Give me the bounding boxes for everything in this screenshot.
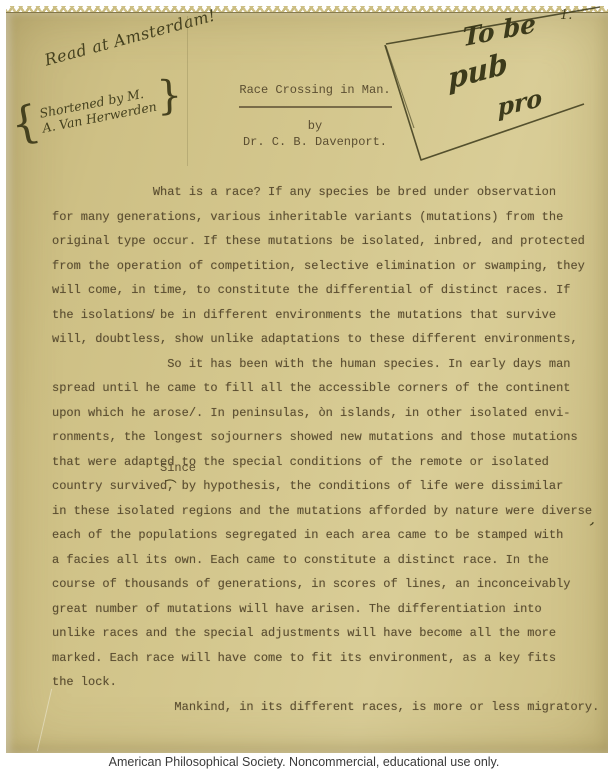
byline: by bbox=[230, 119, 400, 133]
typed-line: course of thousands of generations, in s… bbox=[52, 572, 599, 597]
scanned-document-page: { "document": { "page_number": "1.", "ti… bbox=[0, 0, 608, 772]
typed-line: So it has been with the human species. I… bbox=[52, 352, 599, 377]
typed-body-text: What is a race? If any species be bred u… bbox=[52, 180, 599, 719]
typed-line: great number of mutations will have aris… bbox=[52, 597, 599, 622]
page-number: 1. bbox=[560, 8, 572, 23]
typed-line: a facies all its own. Each came to const… bbox=[52, 548, 599, 573]
typed-insertion-since: Since bbox=[160, 461, 196, 475]
typed-line: country survived, by hypothesis, the con… bbox=[52, 474, 599, 499]
typed-line: from the operation of competition, selec… bbox=[52, 254, 599, 279]
typed-line: will, doubtless, show unlike adaptations… bbox=[52, 327, 599, 352]
brace-close: } bbox=[156, 77, 183, 114]
paper-crease bbox=[187, 16, 188, 166]
typed-line: each of the populations segregated in ea… bbox=[52, 523, 599, 548]
typed-line: What is a race? If any species be bred u… bbox=[52, 180, 599, 205]
typed-line: that were adapted to the special conditi… bbox=[52, 450, 599, 475]
credit-footer: American Philosophical Society. Noncomme… bbox=[0, 753, 608, 772]
document-title: Race Crossing in Man. bbox=[230, 83, 400, 97]
typed-line: unlike races and the special adjustments… bbox=[52, 621, 599, 646]
typed-line: in these isolated regions and the mutati… bbox=[52, 499, 599, 524]
typed-line: spread until he came to fill all the acc… bbox=[52, 376, 599, 401]
typed-line: will come, in time, to constitute the di… bbox=[52, 278, 599, 303]
title-underline bbox=[239, 106, 392, 108]
author-name: Dr. C. B. Davenport. bbox=[230, 135, 400, 149]
typed-line: original type occur. If these mutations … bbox=[52, 229, 599, 254]
typed-line: the isolations̸ be in different environm… bbox=[52, 303, 599, 328]
title-block: Race Crossing in Man. by Dr. C. B. Daven… bbox=[230, 83, 400, 149]
typed-line: for many generations, various inheritabl… bbox=[52, 205, 599, 230]
typed-line: marked. Each race will have come to fit … bbox=[52, 646, 599, 671]
typed-line: Mankind, in its different races, is more… bbox=[52, 695, 599, 720]
insertion-caret: ( bbox=[163, 477, 178, 486]
typed-line: the lock. bbox=[52, 670, 599, 695]
typed-line: ronments, the longest sojourners showed … bbox=[52, 425, 599, 450]
typed-line: upon which he arose/. In peninsulas, òn … bbox=[52, 401, 599, 426]
